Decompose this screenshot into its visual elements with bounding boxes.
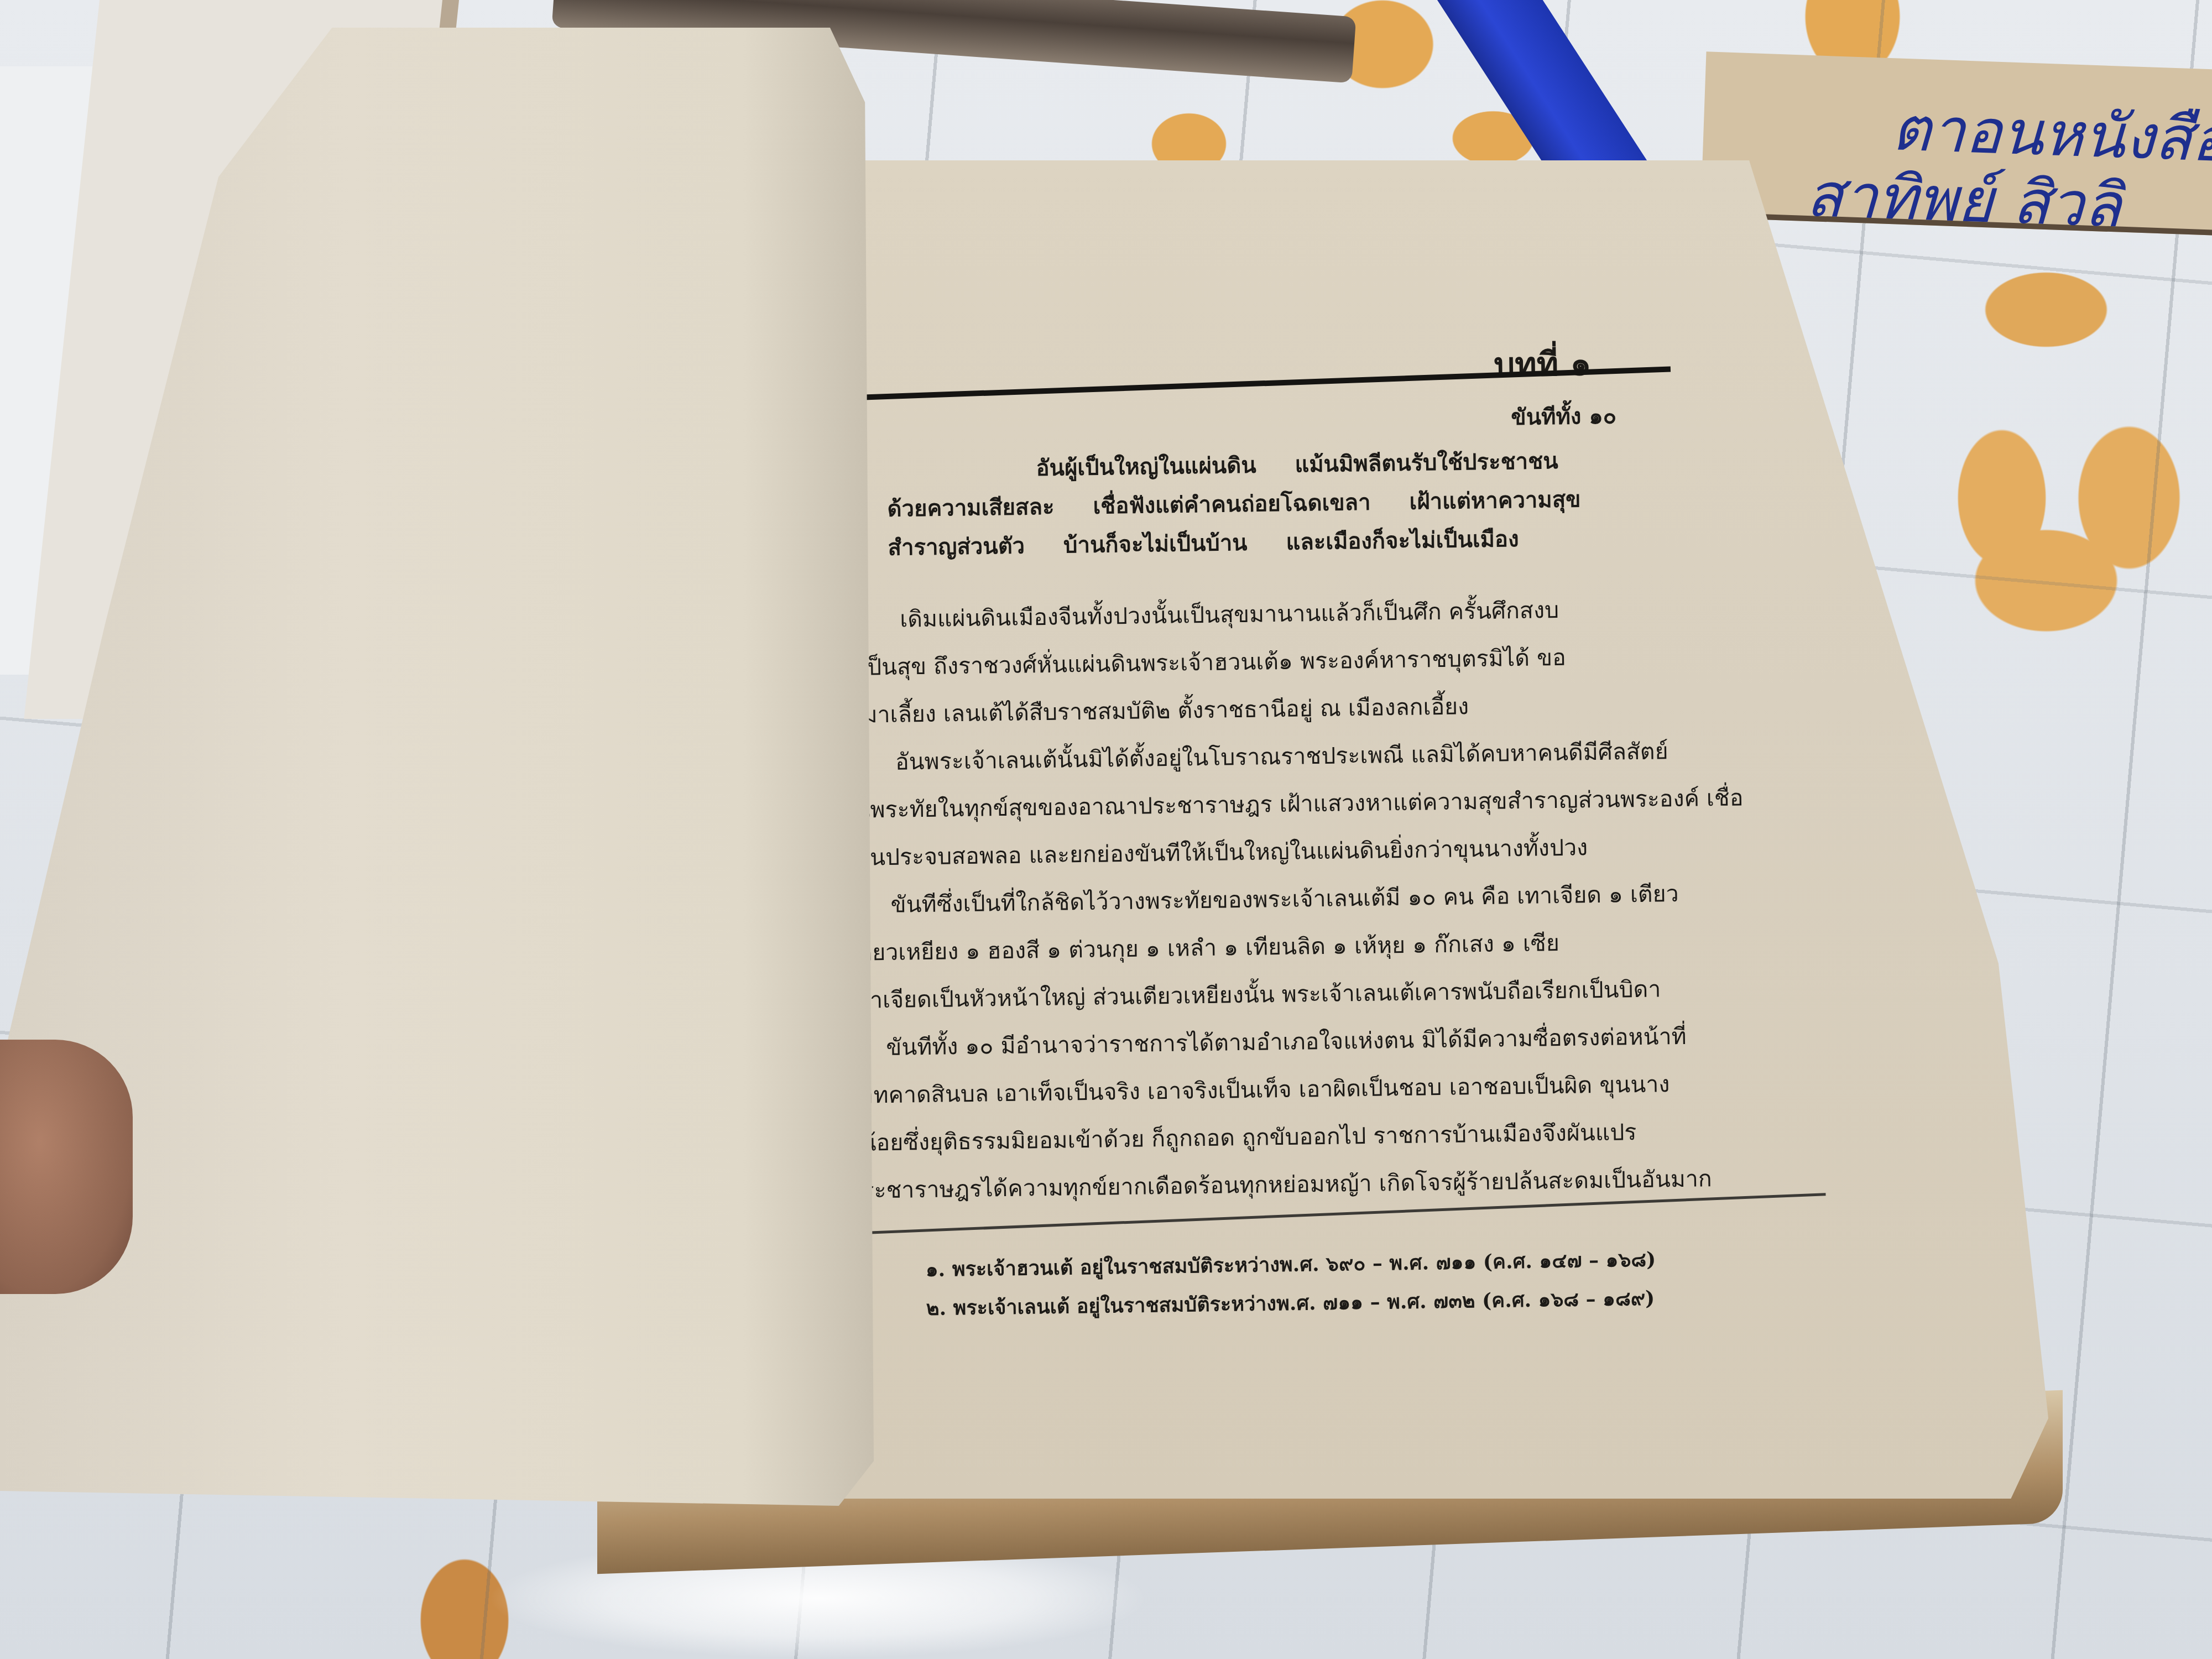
thumb-holding-page <box>0 1040 133 1294</box>
card-line-2: สาทิพย์ สิวลิ <box>1805 147 2123 254</box>
handwritten-card: ตาอนหนังสือ สาทิพย์ สิวลิ <box>1700 51 2212 236</box>
chapter-heading: บทที่ ๑ <box>1493 337 1591 391</box>
section-label: ขันทีทั้ง ๑๐ <box>1511 398 1617 435</box>
